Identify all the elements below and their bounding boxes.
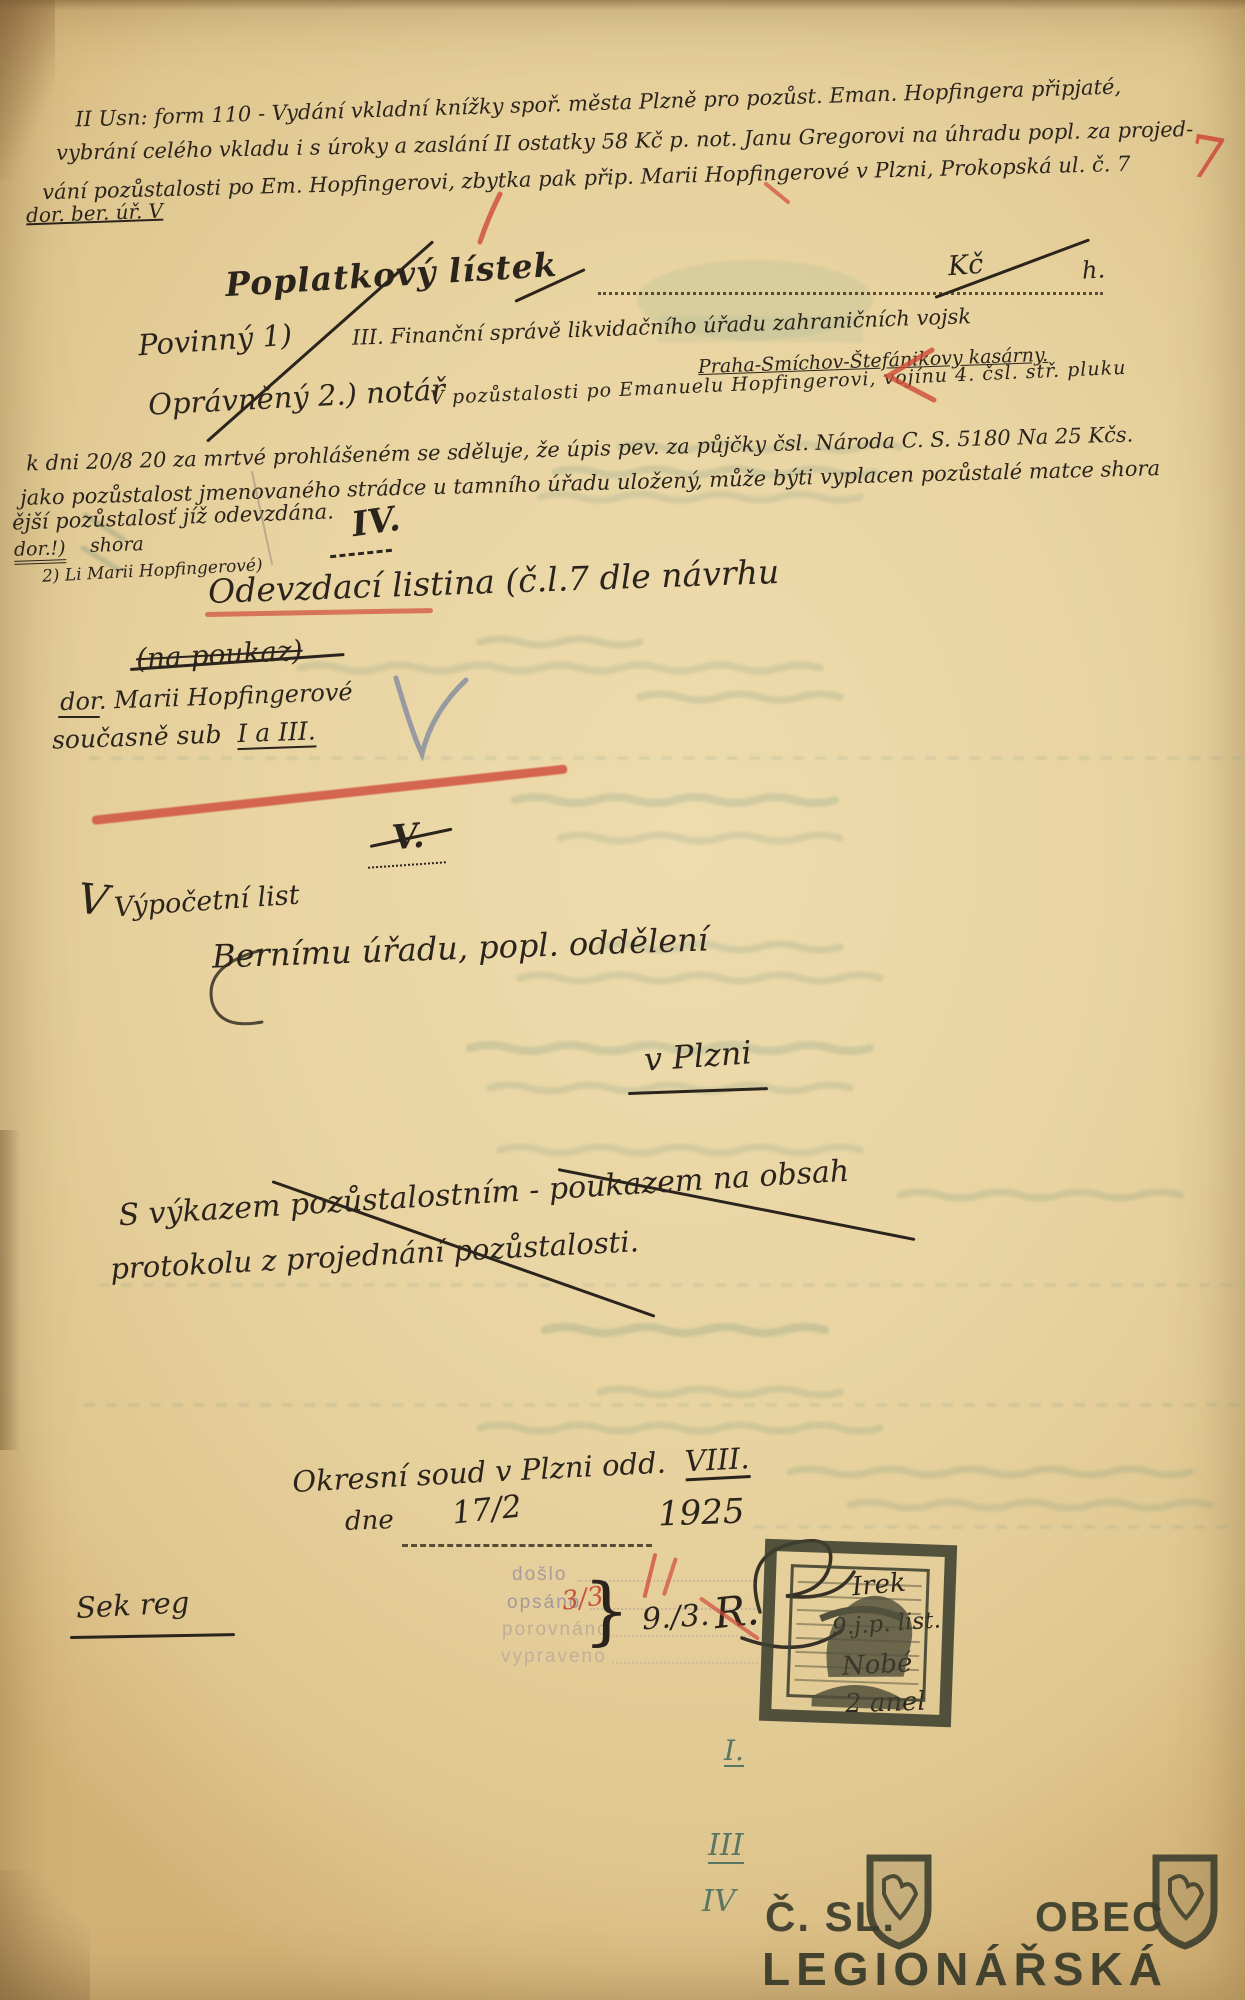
pencil-check-icon xyxy=(396,678,466,754)
red-tick-line3 xyxy=(766,184,788,202)
legion-text-legionarska: LEGIONÁŘSKÁ xyxy=(762,1942,1168,1996)
legion-shield-left-icon xyxy=(862,1848,937,1953)
legion-text-obec: OBEC xyxy=(1035,1893,1164,1941)
legion-portrait-stamp-icon xyxy=(755,1537,962,1734)
ink-marks-layer xyxy=(0,0,1245,2000)
office-b-flourish xyxy=(211,950,262,1024)
legion-shield-right-icon xyxy=(1148,1848,1223,1953)
pencil-line xyxy=(252,472,272,564)
document-page: II Usn: form 110 - Vydání vkladní knížky… xyxy=(0,0,1245,2000)
red-chevron-mid-icon xyxy=(888,350,934,400)
red-slash-line3 xyxy=(480,194,500,242)
